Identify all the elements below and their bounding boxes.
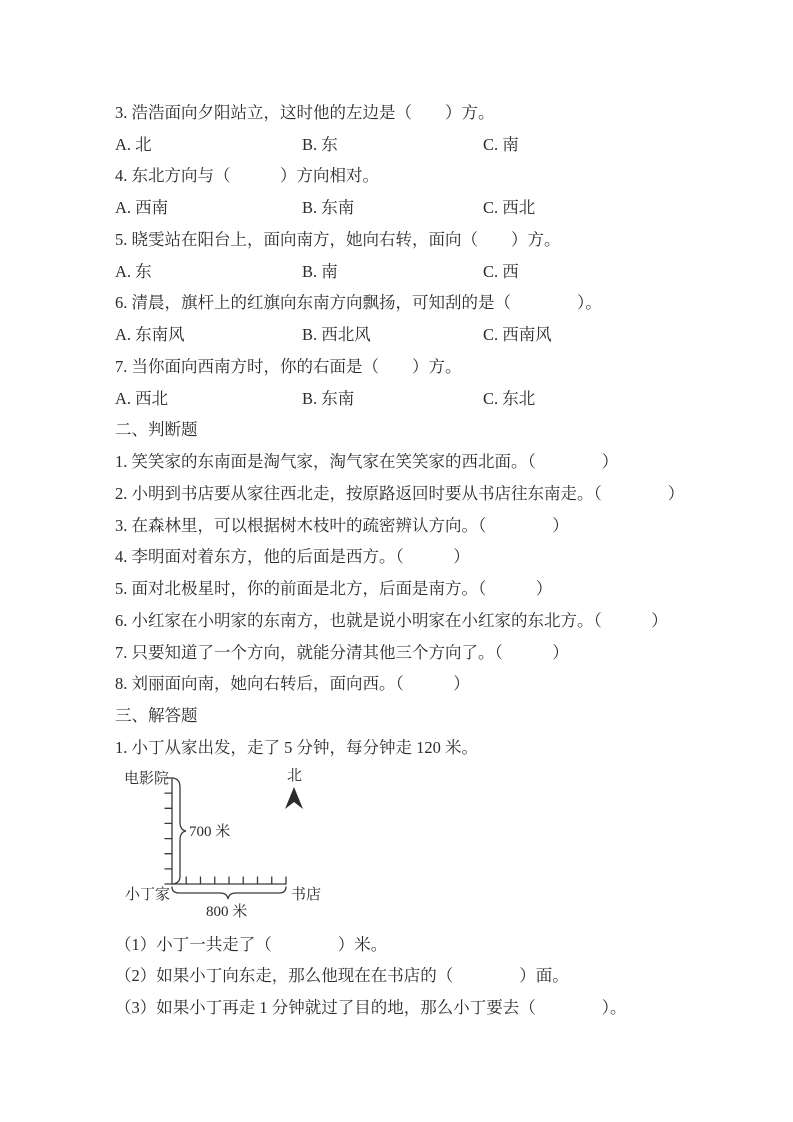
- judgment-item-5: 5. 面对北极星时，你的前面是北方，后面是南方。（ ）: [115, 571, 705, 603]
- subquestion-3: （3）如果小丁再走 1 分钟就过了目的地，那么小丁要去（ ）。: [115, 990, 705, 1022]
- option-c: C. 西南风: [483, 321, 705, 345]
- option-c: C. 南: [483, 131, 705, 155]
- option-b: B. 西北风: [302, 321, 483, 345]
- horizontal-brace: [172, 887, 286, 899]
- option-a: A. 西北: [115, 385, 302, 409]
- map-diagram: 电影院 700 米 北: [120, 762, 705, 927]
- judgment-item-3: 3. 在森林里，可以根据树木枝叶的疏密辨认方向。（ ）: [115, 508, 705, 540]
- home-label: 小丁家: [125, 886, 170, 903]
- bookstore-label: 书店: [291, 885, 321, 903]
- judgment-item-7: 7. 只要知道了一个方向，就能分清其他三个方向了。（ ）: [115, 635, 705, 667]
- cinema-label: 电影院: [124, 769, 169, 787]
- option-b: B. 南: [302, 258, 483, 282]
- option-b: B. 东南: [302, 385, 483, 409]
- option-a: A. 东: [115, 258, 302, 282]
- judgment-item-6: 6. 小红家在小明家的东南方，也就是说小明家在小红家的东北方。（ ）: [115, 603, 705, 635]
- option-c: C. 西北: [483, 194, 705, 218]
- option-a: A. 东南风: [115, 321, 302, 345]
- vertical-brace: [173, 778, 186, 884]
- option-c: C. 东北: [483, 385, 705, 409]
- north-arrow-icon: [285, 787, 303, 809]
- choice-options-5: A. 东 B. 南 C. 西: [115, 254, 705, 286]
- worksheet-content: 3. 浩浩面向夕阳站立，这时他的左边是（ ）方。 A. 北 B. 东 C. 南 …: [115, 95, 705, 1022]
- choice-options-7: A. 西北 B. 东南 C. 东北: [115, 381, 705, 413]
- horizontal-distance-label: 800 米: [206, 903, 247, 920]
- subquestion-2: （2）如果小丁向东走，那么他现在在书店的（ ）面。: [115, 959, 705, 991]
- choice-options-4: A. 西南 B. 东南 C. 西北: [115, 190, 705, 222]
- choice-options-3: A. 北 B. 东 C. 南: [115, 127, 705, 159]
- option-c: C. 西: [483, 258, 705, 282]
- judgment-item-2: 2. 小明到书店要从家往西北走，按原路返回时要从书店往东南走。（ ）: [115, 476, 705, 508]
- choice-question-3: 3. 浩浩面向夕阳站立，这时他的左边是（ ）方。: [115, 95, 705, 127]
- choice-options-6: A. 东南风 B. 西北风 C. 西南风: [115, 317, 705, 349]
- map-diagram-svg: 电影院 700 米 北: [120, 762, 335, 927]
- option-a: A. 北: [115, 131, 302, 155]
- choice-question-5: 5. 晓雯站在阳台上，面向南方，她向右转，面向（ ）方。: [115, 222, 705, 254]
- subquestion-1: （1）小丁一共走了（ ）米。: [115, 927, 705, 959]
- choice-question-7: 7. 当你面向西南方时，你的右面是（ ）方。: [115, 349, 705, 381]
- choice-question-4: 4. 东北方向与（ ）方向相对。: [115, 159, 705, 191]
- vertical-route-ticks: [165, 778, 172, 884]
- worksheet-page: 3. 浩浩面向夕阳站立，这时他的左边是（ ）方。 A. 北 B. 东 C. 南 …: [0, 0, 793, 1122]
- solve-intro: 1. 小丁从家出发，走了 5 分钟，每分钟走 120 米。: [115, 730, 705, 762]
- judgment-item-1: 1. 笑笑家的东南面是淘气家，淘气家在笑笑家的西北面。（ ）: [115, 444, 705, 476]
- section-title-judgment: 二、判断题: [115, 413, 705, 445]
- option-a: A. 西南: [115, 194, 302, 218]
- choice-question-6: 6. 清晨，旗杆上的红旗向东南方向飘扬，可知刮的是（ ）。: [115, 286, 705, 318]
- judgment-item-4: 4. 李明面对着东方，他的后面是西方。（ ）: [115, 540, 705, 572]
- option-b: B. 东南: [302, 194, 483, 218]
- judgment-item-8: 8. 刘丽面向南，她向右转后，面向西。（ ）: [115, 667, 705, 699]
- section-title-solve: 三、解答题: [115, 698, 705, 730]
- vertical-distance-label: 700 米: [189, 823, 230, 840]
- option-b: B. 东: [302, 131, 483, 155]
- horizontal-route-ticks: [186, 877, 286, 884]
- north-label: 北: [287, 767, 302, 784]
